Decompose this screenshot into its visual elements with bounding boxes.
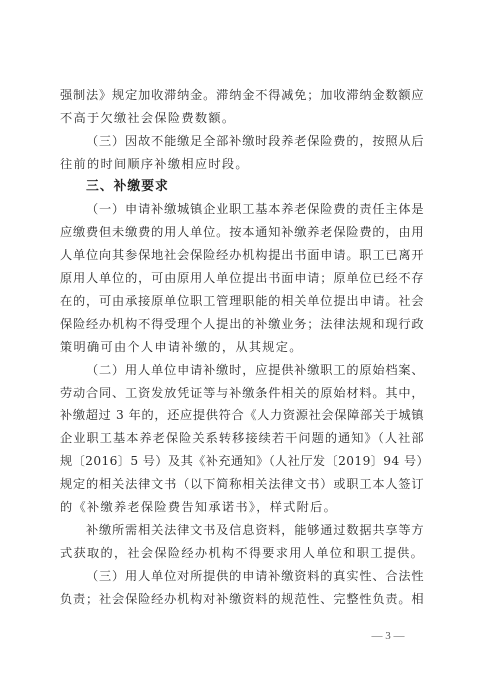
text-line-16: 企业职工基本养老保险关系转移接续若干问题的通知》（人社部	[60, 427, 424, 450]
text-line-17: 规〔2016〕5 号）及其《补充通知》（人社厅发〔2019〕94 号）	[60, 450, 424, 473]
text-line-8: 人单位向其参保地社会保险经办机构提出书面申请。职工已离开	[60, 244, 424, 267]
document-body: 强制法》规定加收滞纳金。滞纳金不得减免；加收滞纳金数额应 不高于欠缴社会保险费数…	[60, 84, 424, 610]
text-line-23: 负责；社会保险经办机构对补缴资料的规范性、完整性负责。相	[60, 588, 424, 611]
text-line-10: 在的，可由承接原单位职工管理职能的相关单位提出申请。社会	[60, 290, 424, 313]
document-page: 强制法》规定加收滞纳金。滞纳金不得减免；加收滞纳金数额应 不高于欠缴社会保险费数…	[0, 0, 494, 700]
text-line-6: （一）申请补缴城镇企业职工基本养老保险费的责任主体是	[60, 198, 424, 221]
text-line-4: 往前的时间顺序补缴相应时段。	[60, 153, 424, 176]
text-line-15: 补缴超过 3 年的，还应提供符合《人力资源社会保障部关于城镇	[60, 404, 424, 427]
page-number: — 3 —	[362, 627, 414, 645]
section-heading: 三、补缴要求	[60, 176, 424, 199]
text-line-22: （三）用人单位对所提供的申请补缴资料的真实性、合法性	[60, 565, 424, 588]
text-line-9: 原用人单位的，可由原用人单位提出书面申请；原单位已经不存	[60, 267, 424, 290]
text-line-19: 的《补缴养老保险费告知承诺书》，样式附后。	[60, 496, 424, 519]
text-line-13: （二）用人单位申请补缴时，应提供补缴职工的原始档案、	[60, 359, 424, 382]
text-line-18: 规定的相关法律文书（以下简称相关法律文书）或职工本人签订	[60, 473, 424, 496]
text-line-12: 策明确可由个人申请补缴的，从其规定。	[60, 336, 424, 359]
text-line-2: 不高于欠缴社会保险费数额。	[60, 107, 424, 130]
text-line-7: 应缴费但未缴费的用人单位。按本通知补缴养老保险费的，由用	[60, 221, 424, 244]
text-line-21: 式获取的，社会保险经办机构不得要求用人单位和职工提供。	[60, 542, 424, 565]
text-line-3: （三）因故不能缴足全部补缴时段养老保险费的，按照从后	[60, 130, 424, 153]
text-line-20: 补缴所需相关法律文书及信息资料，能够通过数据共享等方	[60, 519, 424, 542]
text-line-1: 强制法》规定加收滞纳金。滞纳金不得减免；加收滞纳金数额应	[60, 84, 424, 107]
text-line-14: 劳动合同、工资发放凭证等与补缴条件相关的原始材料。其中，	[60, 382, 424, 405]
text-line-11: 保险经办机构不得受理个人提出的补缴业务；法律法规和现行政	[60, 313, 424, 336]
